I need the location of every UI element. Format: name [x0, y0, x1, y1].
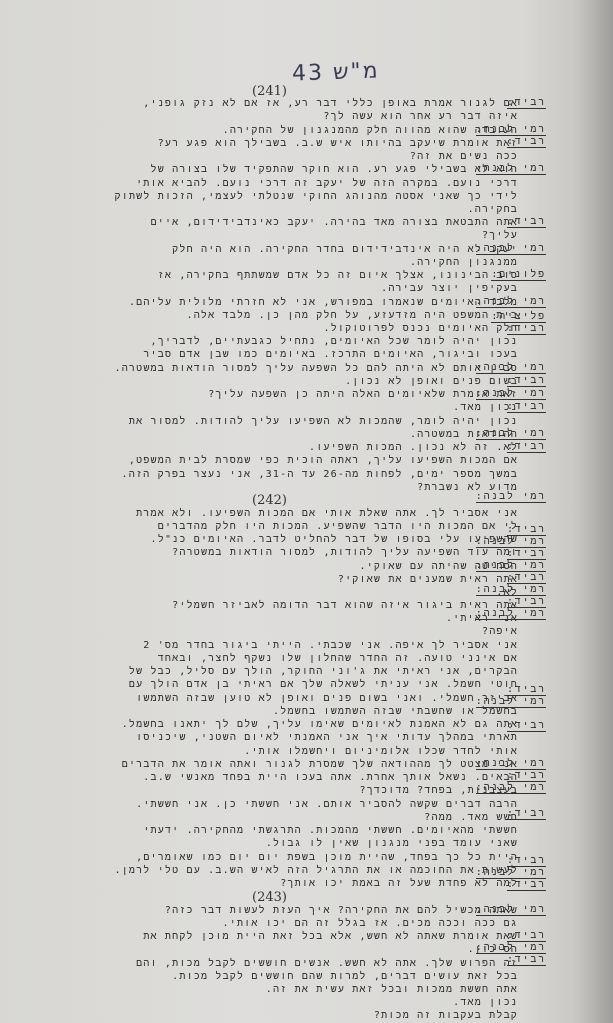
transcript-line: תארתי במהלך עדותי איך אני האמנתי לאיום ה…: [136, 731, 518, 744]
transcript-line: אני אסביר לך. אתה שאלת אותי אם המכות השפ…: [136, 507, 518, 520]
speaker-label: פלונים:: [491, 269, 546, 281]
speaker-label: רמי לבנה:: [476, 608, 546, 620]
speaker-label: רמי לבנה:: [476, 163, 546, 175]
speaker-label: רביד:: [507, 548, 546, 560]
transcript-line: שאני עומד בפני מנגנון שאין לו גבול.: [266, 837, 518, 850]
transcript-line: איזה דבר רע אחר הוא עשה לך?: [323, 110, 518, 123]
speaker-label: רמי לבנה:: [476, 758, 546, 770]
speaker-label: רמי לבנה:: [476, 296, 546, 308]
speaker-label: רביד:: [507, 572, 546, 584]
transcript-line: סוב הבינונו, אצלך איום זה כל אדם שמשתתף …: [158, 269, 518, 282]
speaker-label: רביד:: [507, 855, 546, 867]
transcript-line: הרבה דברים שקשה להסביר אותם. אני חששתי כ…: [136, 798, 518, 811]
transcript-line: נכון מאד.: [453, 996, 518, 1009]
transcript-line: הבאים. נשאל אותך אחרת. אתה בעכו היית בפח…: [143, 771, 518, 784]
speaker-label: רביד:: [507, 323, 546, 335]
transcript-line: לידי כך שאני אסטה מהנוהג החוקי שנטלתי לע…: [115, 190, 518, 203]
page-marker: (242): [252, 493, 287, 508]
transcript-line: שאתה מכשיל להם את החקירה? איך העזת לעשות…: [165, 904, 518, 917]
speaker-label: רביד:: [507, 720, 546, 732]
speaker-label: רמי לבנה:: [476, 491, 546, 503]
speaker-label: רביד:: [507, 375, 546, 387]
transcript-line: מלבד האיומים שנאמרו במפורש, אני לא חזרתי…: [129, 296, 518, 309]
transcript-line: בחקירה.: [468, 203, 518, 216]
page-edge-shadow: [573, 0, 613, 1023]
transcript-line: אתה חששת ממכות ובכל זאת עשית את זה.: [266, 983, 518, 996]
transcript-line: בעכו וביגור, האיומים התרכז. באיומים כמו …: [143, 348, 518, 361]
transcript-line: שהשפיעו עלי בסופו של דבר להחליט לדבר. הא…: [151, 533, 518, 546]
speaker-label: רמי לבנה:: [476, 782, 546, 794]
speaker-label: רביד:: [507, 930, 546, 942]
speaker-label: רמי לבנה:: [476, 584, 546, 596]
speaker-label: רמי לבנה:: [476, 388, 546, 400]
transcript-line: נכון יהיה לומר שכל האיומים, נתחיל כגבעתי…: [151, 335, 518, 348]
transcript-line: חשש מאד. ממה?: [424, 811, 518, 824]
transcript-line: בעקיפין יוצר עבירה.: [381, 282, 518, 295]
transcript-line: הוא לא בשבילי פגע רע. הוא חוקר שהתפקיד ש…: [151, 163, 518, 176]
speaker-label: רביד:: [507, 441, 546, 453]
transcript-line: אני מצטט לך מההודאה שלך שמסרת לגנור ואתה…: [122, 758, 518, 771]
transcript-line: אם לגנור אמרת באופן כללי דבר רע, אז אם ל…: [143, 97, 518, 110]
transcript-line: אם המכות השפיעו עליך, ראתה הוכית כפי שמס…: [129, 454, 518, 467]
transcript-line: אני אסביר לך איפה. אני שכבתי. הייתי ביגו…: [143, 639, 518, 652]
document-page: 43 מ"ש (241) (242) (243) אם לגנור אמרת ב…: [0, 0, 613, 1023]
transcript-line: בית המשפט היה מזדעזע, על חלק מהן כן. מלב…: [187, 309, 518, 322]
transcript-line: לעשות את החוכמה או את התרגיל הזה לאיש הש…: [114, 864, 518, 877]
transcript-line: איפה?: [482, 625, 518, 638]
transcript-line: שאת אומרת שאתה לא חשש, אלא בכל זאת היית …: [143, 930, 518, 943]
transcript-line: בשום פנים ואופן לא נכון.: [345, 375, 518, 388]
transcript-line: ככה נשים את זה?: [410, 150, 518, 163]
transcript-line: בכל זאת עושים דברים, למרות שהם חוששים לק…: [172, 970, 518, 983]
handwritten-page-note: 43 מ"ש: [292, 58, 380, 86]
speaker-label: רמי לבנה:: [476, 942, 546, 954]
speaker-label: רביד:: [507, 524, 546, 536]
speaker-label: רמי לבנה:: [476, 428, 546, 440]
transcript-line: יעקב לא היה אינדבידידום בחדר החקירה. הוא…: [172, 243, 518, 256]
speaker-label: רביד:: [507, 684, 546, 696]
transcript-line: קבלת בעקבות זה מכות?: [374, 1009, 518, 1022]
speaker-label: רביד:: [507, 136, 546, 148]
transcript-line: גם ככה וככה מכים. אז בגלל זה הם יכו אותי…: [223, 917, 518, 930]
speaker-label: רביד:: [507, 596, 546, 608]
transcript-line: אתה גם לא האמנת לאיומים שאימו עליך, שלם …: [122, 718, 518, 731]
transcript-line: הבקרים, אני ראיתי את ג'וני החוקר, הולך ע…: [129, 665, 518, 678]
transcript-line: זה הפרוש שלך. אתה לא חשש. אנשים חוששים ל…: [136, 957, 518, 970]
transcript-line: אביזר חשמלי. ואני בשום פנים ואופן לא טוע…: [136, 692, 518, 705]
transcript-line: חלק האיומים נכנס לפרוטוקול.: [323, 322, 518, 335]
speaker-label: פליציה:: [491, 311, 546, 323]
transcript-line: היית כל כך בפחד, שהיית מוכן בשפת יום יום…: [136, 851, 518, 864]
transcript-line: לי אם המכות היו הדבר שהשפיע. המכות היו ח…: [158, 520, 518, 533]
speaker-label: רביד:: [507, 770, 546, 782]
transcript-line: אם אינני טועה. זה החדר שהחלון שלו נשקף ל…: [158, 652, 518, 665]
transcript-line: חששתי מהאיומים. חששתי מהמכות. התרגשתי מה…: [143, 824, 518, 837]
transcript-line: במשך מספר ימים, לפחות מה-26 עד ה-31, אני…: [122, 468, 518, 481]
transcript-line: עליך?: [482, 229, 518, 242]
transcript-line: העובדה שהוא מהווה חלק מהמנגנון של החקירה…: [223, 124, 518, 137]
transcript-line: ממנגנון החקירה.: [410, 256, 518, 269]
transcript-line: לא. זה לא נכון. המכות השפיעו.: [309, 441, 518, 454]
transcript-line: זאת אומרת שלאיומים האלה היתה כן השפעה על…: [208, 388, 518, 401]
speaker-label: רמי לבנה:: [476, 904, 546, 916]
speaker-label: רביד:: [507, 401, 546, 413]
transcript-line: אותי לחדר שכלו אלומיניום ויחשמלו אותי.: [244, 745, 518, 758]
transcript-line: חוטי חשמל. אני עניתי לשאלה שלך אם ראיתי …: [129, 678, 518, 691]
transcript-line: נכון יהיה לומר, שהמכות לא השפיעו עליך לה…: [129, 415, 518, 428]
speaker-label: רביד:: [507, 97, 546, 109]
speaker-label: רמי לבנה:: [476, 696, 546, 708]
transcript-line: אתה ראית ביגור איזה שהוא דבר הדומה לאביז…: [172, 599, 518, 612]
transcript-line: זאת אומרת שיעקב בהיותו איש ש.ב. בשבילך ה…: [158, 137, 518, 150]
transcript-line: דרכי נועם. במקרה הזה של יעקב זה דרכי נוע…: [136, 177, 518, 190]
speaker-label: רביד:: [507, 216, 546, 228]
transcript-line: אתה התבטאת בצורה מאד בהירה. יעקב כאינדבי…: [151, 216, 518, 229]
page-marker: (243): [252, 890, 287, 905]
speaker-label: רמי לבנה:: [476, 243, 546, 255]
speaker-label: רמי לבנה:: [476, 867, 546, 879]
speaker-label: רביד:: [507, 808, 546, 820]
transcript-line: סבין אותם לא היתה להם כל השפעה עליך למסו…: [115, 362, 518, 375]
speaker-label: רמי לבנה:: [476, 362, 546, 374]
speaker-label: רביד:: [507, 879, 546, 891]
speaker-label: רמי לבנה:: [476, 560, 546, 572]
speaker-label: רביד:: [507, 954, 546, 966]
transcript-line: ומה עוד השפיעה עליך להודות, למסור הודאות…: [172, 546, 518, 559]
speaker-label: רמי לבנה:: [476, 124, 546, 136]
speaker-label: רמי לבנה:: [476, 536, 546, 548]
